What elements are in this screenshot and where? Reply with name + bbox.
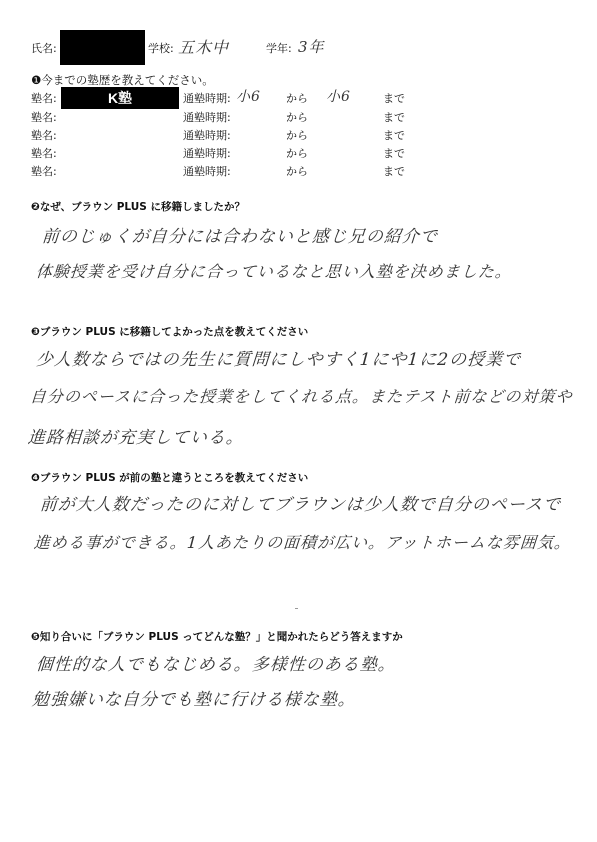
juku-value-box: K塾 [61, 87, 179, 109]
period-label: 通塾時期: [183, 90, 231, 106]
period-label: 通塾時期: [183, 109, 231, 125]
school-value: 五木中 [178, 35, 229, 58]
to-label: まで [383, 145, 405, 161]
from-label: から [286, 90, 308, 106]
q2-title: ❷なぜ、ブラウン PLUS に移籍しましたか？ [31, 199, 245, 214]
from-value: 小6 [236, 86, 261, 106]
school-label: 学校: [148, 40, 174, 56]
period-label: 通塾時期: [183, 163, 231, 179]
juku-label: 塾名: [31, 163, 57, 179]
q3-answer-line: 自分のペースに合った授業をしてくれる点。またテスト前などの対策や [29, 384, 573, 407]
q5-answer-line: 個性的な人でもなじめる。多様性のある塾。 [35, 650, 397, 675]
name-redaction [60, 30, 145, 65]
to-label: まで [383, 90, 405, 106]
juku-label: 塾名: [31, 90, 57, 106]
q4-answer-line: 前が大人数だったのに対してブラウンは少人数で自分のペースで [39, 490, 562, 515]
q3-answer-line: 少人数ならではの先生に質問にしやすく1にや1に2の授業で [35, 345, 522, 370]
period-label: 通塾時期: [183, 127, 231, 143]
to-value: 小6 [326, 86, 351, 106]
q3-title: ❸ブラウン PLUS に移籍してよかった点を教えてください [31, 324, 308, 339]
grade-label: 学年: [266, 40, 292, 56]
q2-answer-line: 体験授業を受け自分に合っているなと思い入塾を決めました。 [35, 259, 513, 282]
name-label: 氏名: [31, 40, 57, 56]
q5-title: ❺知り合いに「ブラウン PLUS ってどんな塾？」と聞かれたらどう答えますか [31, 629, 403, 644]
from-label: から [286, 145, 308, 161]
to-label: まで [383, 163, 405, 179]
q1-title: ❶今までの塾歴を教えてください。 [31, 72, 214, 88]
juku-label: 塾名: [31, 127, 57, 143]
from-label: から [286, 109, 308, 125]
q4-answer-line: 進める事ができる。1人あたりの面積が広い。アットホームな雰囲気。 [33, 530, 572, 553]
grade-value: 3年 [298, 36, 325, 57]
to-label: まで [383, 127, 405, 143]
juku-label: 塾名: [31, 109, 57, 125]
from-label: から [286, 163, 308, 179]
q3-answer-line: 進路相談が充実している。 [27, 423, 245, 448]
to-label: まで [383, 109, 405, 125]
from-label: から [286, 127, 308, 143]
juku-label: 塾名: [31, 145, 57, 161]
period-label: 通塾時期: [183, 145, 231, 161]
q4-title: ❹ブラウン PLUS が前の塾と違うところを教えてください [31, 470, 308, 485]
juku-value: K塾 [108, 88, 132, 108]
q2-answer-line: 前のじゅくが自分には合わないと感じ兄の紹介で [41, 222, 439, 247]
scan-speck [295, 608, 298, 609]
q5-answer-line: 勉強嫌いな自分でも塾に行ける様な塾。 [31, 685, 357, 710]
